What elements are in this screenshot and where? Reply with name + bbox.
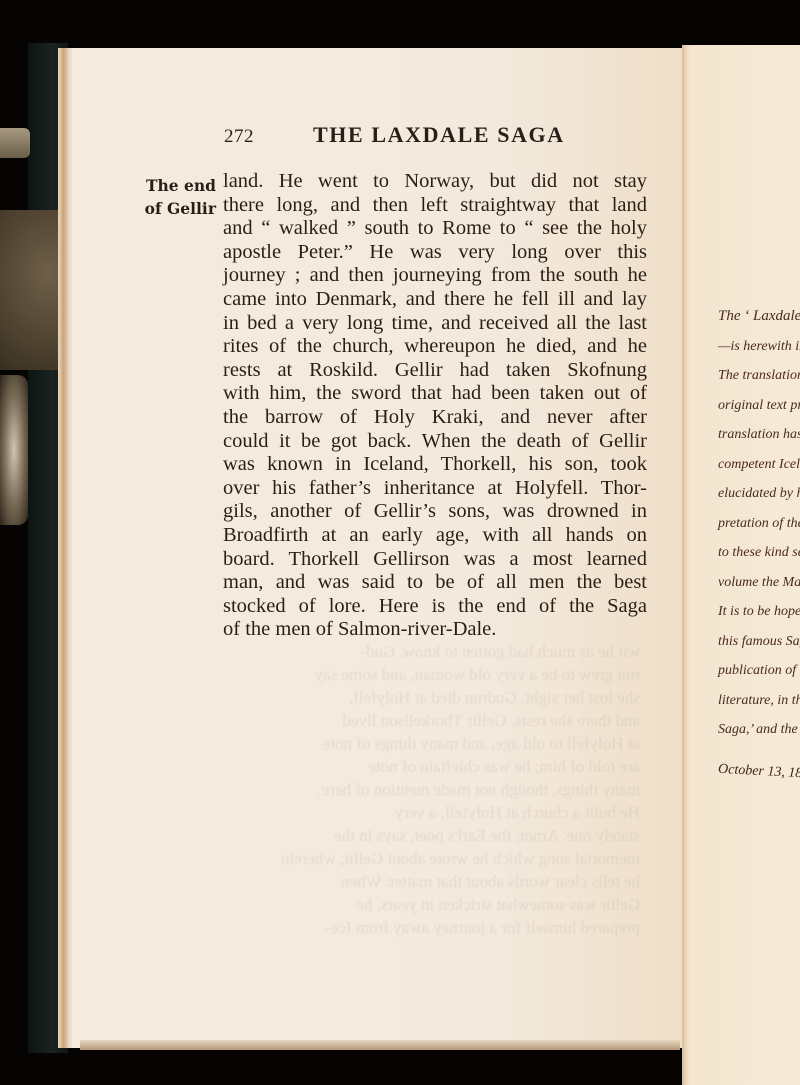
text-line: in bed a very long time, and received al… [223,312,647,336]
preface-line: Saga,’ and the ‘ E [718,715,800,745]
book-stand-clasp-top [0,128,30,158]
preface-line: The translation ha [718,361,800,391]
bleed-through-line: she lost her sight. Gudrun died at Holyf… [240,686,640,709]
text-line: gils, another of Gellir’s sons, was drow… [223,500,647,524]
body-text: land. He went to Norway, but did not sta… [223,170,647,642]
preface-line: to these kind ser [718,538,800,568]
bleed-through-line: and there she rests. Gellir Thorkellson … [240,709,640,732]
text-line: there long, and then left straightway th… [223,194,647,218]
preface-line: literature, in the S [718,686,800,716]
sidenote: The end of Gellir [136,174,216,220]
right-page-preface: The ‘ Laxdale —is herewith intr The tran… [718,302,800,745]
text-line: with him, the sword that had been taken … [223,382,647,406]
text-line: the barrow of Holy Kraki, and never afte… [223,406,647,430]
preface-line: The ‘ Laxdale [718,302,800,332]
text-line: came into Denmark, and there he fell ill… [223,288,647,312]
book-stand-clasp-lower [0,375,28,525]
preface-line: It is to be hoped [718,597,800,627]
preface-line: original text pres [718,391,800,421]
text-line: of the men of Salmon-river-Dale. [223,618,647,642]
bleed-through-line: memorial song which he wrote about Gelli… [240,847,640,870]
text-line: rites of the church, whereupon he died, … [223,335,647,359]
preface-line: volume the Map [718,568,800,598]
page-bottom-edge [80,1040,680,1050]
text-line: apostle Peter.” He was very long over th… [223,241,647,265]
bleed-through-line: stately one. Arnor, the Earl's poet, say… [240,824,640,847]
page-number: 272 [224,126,254,148]
bleed-through-line: prepared himself for a journey away from… [240,916,640,939]
text-line: man, and was said to be of all men the b… [223,571,647,595]
preface-line: pretation of the c [718,509,800,539]
text-line: journey ; and then journeying from the s… [223,264,647,288]
bleed-through-line: run grew to be a very old woman, and som… [240,663,640,686]
text-line: was known in Iceland, Thorkell, his son,… [223,453,647,477]
bleed-through-text: wit he as much had gotten to know. Gud-r… [240,640,640,939]
preface-line: this famous Saga [718,627,800,657]
text-line: and “ walked ” south to Rome to “ see th… [223,217,647,241]
preface-line: translation has h [718,420,800,450]
preface-line: publication of oth [718,656,800,686]
bleed-through-line: he tells clear words about that matter. … [240,870,640,893]
running-title: THE LAXDALE SAGA [313,122,565,148]
text-line: stocked of lore. Here is the end of the … [223,595,647,619]
bleed-through-line: many things, though not made mention of … [240,778,640,801]
sidenote-line: The end [136,174,216,197]
preface-line: competent Icelande [718,450,800,480]
bleed-through-line: are told of him; he was chieftain of not… [240,755,640,778]
text-line: rests at Roskild. Gellir had taken Skofn… [223,359,647,383]
bleed-through-line: at Holyfell to old age, and many things … [240,732,640,755]
text-line: over his father’s inheritance at Holyfel… [223,477,647,501]
bleed-through-line: Gellir was somewhat stricken in years, h… [240,893,640,916]
bleed-through-line: wit he as much had gotten to know. Gud- [240,640,640,663]
book-gutter [682,45,688,1085]
text-line: could it be got back. When the death of … [223,430,647,454]
sidenote-line: of Gellir [136,197,216,220]
text-line: land. He went to Norway, but did not sta… [223,170,647,194]
text-line: board. Thorkell Gellirson was a most lea… [223,548,647,572]
preface-line: —is herewith intr [718,332,800,362]
preface-line: elucidated by him. [718,479,800,509]
bleed-through-line: He built a church at Holyfell, a very [240,801,640,824]
text-line: Broadfirth at an early age, with all han… [223,524,647,548]
